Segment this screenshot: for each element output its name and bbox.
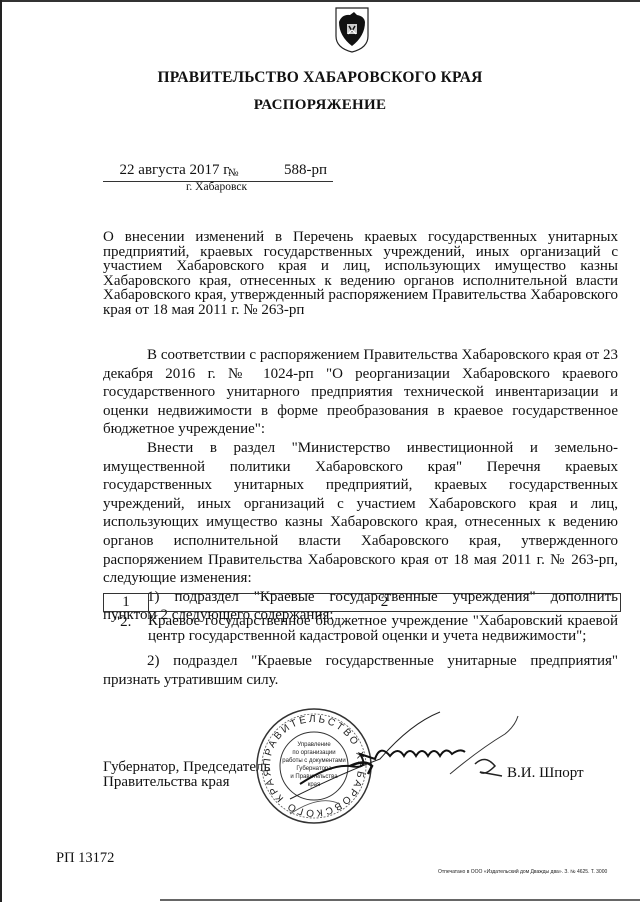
amendment-table-header: 1 2	[103, 593, 621, 612]
scan-edge-bottom	[160, 899, 640, 901]
document-number: 588-рп	[245, 162, 333, 182]
item-text: Краевое государственное бюджетное учрежд…	[148, 614, 618, 643]
signatory-title: Губернатор, Председатель Правительства к…	[103, 760, 270, 790]
document-subject: О внесении изменений в Перечень краевых …	[103, 230, 618, 317]
document-body: В соответствии с распоряжением Правитель…	[103, 346, 618, 625]
table-header-cell: 2	[149, 594, 620, 611]
signatory-title-line: Правительства края	[103, 775, 270, 790]
scan-edge-left	[0, 0, 2, 902]
document-date: 22 августа 2017 г.	[103, 162, 248, 182]
printer-imprint: Отпечатано в ООО «Издательский дом Дважд…	[438, 869, 607, 875]
body-paragraph-2: 2) подраздел "Краевые государственные ун…	[103, 652, 618, 689]
handwritten-signature-icon	[280, 704, 530, 824]
government-title: ПРАВИТЕЛЬСТВО ХАБАРОВСКОГО КРАЯ	[0, 69, 640, 87]
registration-number: РП 13172	[56, 850, 114, 867]
signatory-title-line: Губернатор, Председатель	[103, 760, 270, 775]
coat-of-arms-icon	[334, 6, 370, 54]
number-sign: №	[228, 167, 239, 179]
signatory-name: В.И. Шпорт	[507, 765, 584, 782]
scan-edge-top	[0, 0, 640, 2]
body-paragraph: 2) подраздел "Краевые государственные ун…	[103, 652, 618, 689]
item-number: "2.	[114, 614, 131, 631]
body-paragraph: Внести в раздел "Министерство инвестицио…	[103, 439, 618, 588]
body-paragraph: В соответствии с распоряжением Правитель…	[103, 346, 618, 439]
document-type: РАСПОРЯЖЕНИЕ	[0, 97, 640, 114]
document-city: г. Хабаровск	[186, 181, 247, 193]
table-header-cell: 1	[104, 594, 149, 611]
